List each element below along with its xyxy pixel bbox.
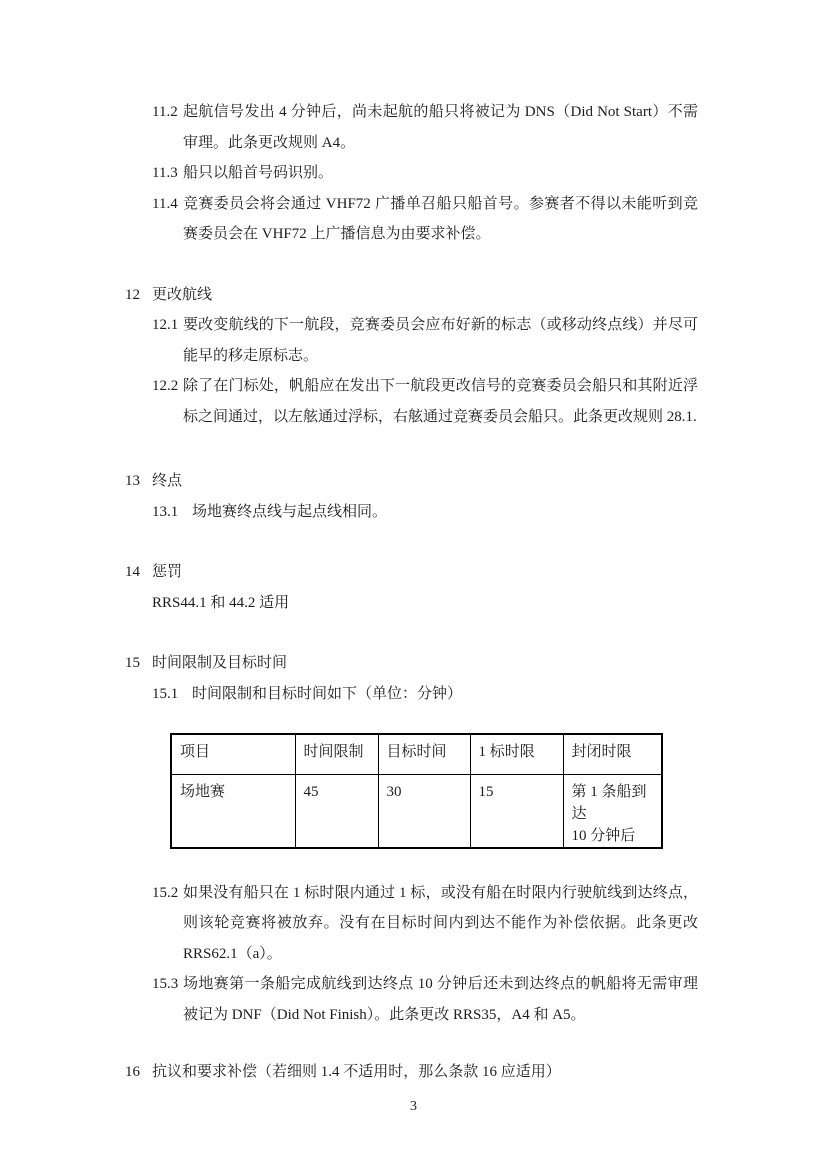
table-row: 场地赛 45 30 15 第 1 条船到达 10 分钟后 bbox=[171, 774, 662, 848]
section-14-body: RRS44.1 和 44.2 适用 bbox=[152, 588, 698, 619]
clause-number: 11.4 bbox=[152, 189, 183, 250]
clause-11-2: 11.2 起航信号发出 4 分钟后，尚未起航的船只将被记为 DNS（Did No… bbox=[152, 97, 698, 158]
th-mark1-limit: 1 标时限 bbox=[470, 734, 563, 774]
clause-13-1: 13.1 场地赛终点线与起点线相同。 bbox=[152, 497, 698, 528]
cell-target-time: 30 bbox=[378, 774, 470, 848]
clause-15-1: 15.1 时间限制和目标时间如下（单位：分钟） bbox=[152, 679, 698, 710]
section-heading-14: 14 惩罚 bbox=[125, 557, 698, 588]
clause-text: 场地赛终点线与起点线相同。 bbox=[192, 497, 698, 528]
clause-12-2: 12.2 除了在门标处，帆船应在发出下一航段更改信号的竞赛委员会船只和其附近浮标… bbox=[152, 371, 698, 432]
clause-text: 起航信号发出 4 分钟后，尚未起航的船只将被记为 DNS（Did Not Sta… bbox=[183, 97, 698, 158]
section-number: 15 bbox=[125, 648, 152, 679]
document-page: 11.2 起航信号发出 4 分钟后，尚未起航的船只将被记为 DNS（Did No… bbox=[0, 0, 827, 1169]
th-time-limit: 时间限制 bbox=[295, 734, 378, 774]
th-target-time: 目标时间 bbox=[378, 734, 470, 774]
section-number: 13 bbox=[125, 466, 152, 497]
clause-number: 11.2 bbox=[152, 97, 183, 158]
section-title: 终点 bbox=[152, 466, 698, 497]
clause-15-2: 15.2 如果没有船只在 1 标时限内通过 1 标，或没有船在时限内行驶航线到达… bbox=[152, 878, 698, 970]
cell-closing-limit: 第 1 条船到达 10 分钟后 bbox=[563, 774, 662, 848]
clause-text: 竞赛委员会将会通过 VHF72 广播单召船只船首号。参赛者不得以未能听到竞赛委员… bbox=[183, 189, 698, 250]
table-header-row: 项目 时间限制 目标时间 1 标时限 封闭时限 bbox=[171, 734, 662, 774]
clause-number: 11.3 bbox=[152, 158, 183, 189]
clause-11-4: 11.4 竞赛委员会将会通过 VHF72 广播单召船只船首号。参赛者不得以未能听… bbox=[152, 189, 698, 250]
clause-number: 12.2 bbox=[152, 371, 183, 432]
section-number: 14 bbox=[125, 557, 152, 588]
section-number: 12 bbox=[125, 280, 152, 311]
section-title: 时间限制及目标时间 bbox=[152, 648, 698, 679]
section-title: 惩罚 bbox=[152, 557, 698, 588]
clause-text: 如果没有船只在 1 标时限内通过 1 标，或没有船在时限内行驶航线到达终点，则该… bbox=[183, 878, 698, 970]
clause-text: 时间限制和目标时间如下（单位：分钟） bbox=[192, 679, 698, 710]
clause-text: 除了在门标处，帆船应在发出下一航段更改信号的竞赛委员会船只和其附近浮标之间通过，… bbox=[183, 371, 698, 432]
document-content: 11.2 起航信号发出 4 分钟后，尚未起航的船只将被记为 DNS（Did No… bbox=[125, 97, 698, 1088]
section-heading-16: 16 抗议和要求补偿（若细则 1.4 不适用时，那么条款 16 应适用） bbox=[125, 1057, 698, 1088]
clause-number: 15.1 bbox=[152, 679, 192, 710]
section-title: 更改航线 bbox=[152, 280, 698, 311]
cell-time-limit: 45 bbox=[295, 774, 378, 848]
clause-11-3: 11.3 船只以船首号码识别。 bbox=[152, 158, 698, 189]
clause-text: 场地赛第一条船完成航线到达终点 10 分钟后还未到达终点的帆船将无需审理被记为 … bbox=[183, 969, 698, 1030]
th-event: 项目 bbox=[171, 734, 295, 774]
section-title: 抗议和要求补偿（若细则 1.4 不适用时，那么条款 16 应适用） bbox=[152, 1057, 698, 1088]
time-limits-table: 项目 时间限制 目标时间 1 标时限 封闭时限 场地赛 45 30 15 第 1… bbox=[170, 733, 663, 849]
page-number: 3 bbox=[0, 1097, 827, 1117]
clause-text: 船只以船首号码识别。 bbox=[183, 158, 698, 189]
clause-15-3: 15.3 场地赛第一条船完成航线到达终点 10 分钟后还未到达终点的帆船将无需审… bbox=[152, 969, 698, 1030]
section-number: 16 bbox=[125, 1057, 152, 1088]
clause-number: 13.1 bbox=[152, 497, 192, 528]
clause-number: 12.1 bbox=[152, 310, 183, 371]
th-closing-limit: 封闭时限 bbox=[563, 734, 662, 774]
cell-event: 场地赛 bbox=[171, 774, 295, 848]
clause-12-1: 12.1 要改变航线的下一航段，竞赛委员会应布好新的标志（或移动终点线）并尽可能… bbox=[152, 310, 698, 371]
cell-mark1-limit: 15 bbox=[470, 774, 563, 848]
clause-number: 15.2 bbox=[152, 878, 183, 970]
section-heading-15: 15 时间限制及目标时间 bbox=[125, 648, 698, 679]
section-heading-12: 12 更改航线 bbox=[125, 280, 698, 311]
section-heading-13: 13 终点 bbox=[125, 466, 698, 497]
clause-text: 要改变航线的下一航段，竞赛委员会应布好新的标志（或移动终点线）并尽可能早的移走原… bbox=[183, 310, 698, 371]
clause-number: 15.3 bbox=[152, 969, 183, 1030]
